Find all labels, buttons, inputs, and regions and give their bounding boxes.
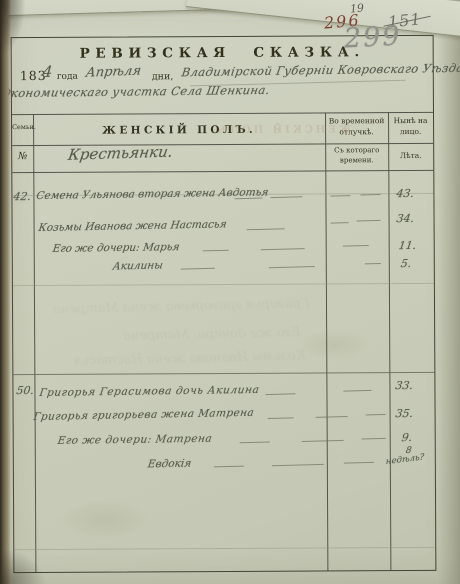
revision-table: РЕВИЗСКАЯ СКАЗКА. 183 4 года Апрѣля дни,… — [11, 35, 437, 573]
age-value: 33. — [395, 379, 414, 392]
filler-dash — [214, 466, 244, 468]
bleedthrough-writing: Григорья григорьева жена Матрена — [53, 296, 310, 317]
filler-dash — [240, 441, 270, 443]
filler-dash — [343, 390, 371, 392]
header-top-rule — [12, 112, 433, 115]
family-number: 50. — [16, 384, 35, 397]
bleedthrough-writing: Козьмы Иванова жена Настасья — [73, 349, 306, 369]
family-number: 42. — [13, 190, 32, 203]
locality-handwritten: Экономическаго участка Села Шенкина. — [1, 83, 271, 100]
filler-dash — [265, 393, 295, 395]
census-entry-name: Его же дочери: Марья — [52, 241, 181, 255]
filler-dash — [181, 268, 215, 270]
filler-dash — [269, 266, 315, 268]
header-family: Семьи. — [12, 123, 33, 131]
filler-dash — [365, 263, 381, 264]
header-absence: Во временной отлучкѣ. — [327, 116, 386, 138]
row-rule — [13, 283, 434, 286]
filler-dash — [203, 250, 229, 252]
filler-dash — [360, 194, 380, 196]
census-entry-name: Семена Ульянова вторая жена Авдотья — [36, 186, 270, 202]
filler-dash — [357, 220, 381, 222]
section-rule — [13, 372, 434, 375]
folio-pencil-number: 299 — [343, 21, 402, 55]
year-handwritten: 4 — [42, 62, 53, 81]
bottom-shadow — [0, 548, 46, 584]
filler-dash — [261, 248, 305, 250]
corner-shadow — [0, 0, 26, 56]
age-note: недѣль? — [386, 452, 425, 467]
filler-dash — [272, 464, 324, 466]
census-entry-name: Козьмы Иванова жена Настасья — [38, 218, 228, 234]
month-handwritten: Апрѣля — [85, 64, 142, 81]
filler-dash — [362, 438, 386, 440]
column-rule-present — [388, 112, 391, 570]
header-family-no: № — [12, 151, 33, 162]
age-value: 35. — [395, 407, 414, 420]
province-handwritten: Владимірской Губерніи Ковровскаго Уѣзда — [181, 61, 460, 79]
bleedthrough-writing: Его же дочери: Матрена — [123, 325, 301, 344]
age-value: 34. — [396, 212, 415, 225]
document-scan: РЕВИЗСКАЯ СКАЗКА. 183 4 года Апрѣля дни,… — [0, 0, 460, 584]
filler-dash — [268, 417, 294, 419]
age-value: 43. — [396, 187, 415, 200]
year-word: года — [57, 72, 78, 82]
filler-dash — [330, 195, 350, 197]
binding-edge — [0, 0, 11, 584]
header-bottom-rule — [12, 170, 433, 173]
filler-dash — [316, 416, 348, 418]
census-entry-name: Григорья Герасимова дочь Акилина — [39, 384, 261, 399]
filler-dash — [366, 414, 386, 416]
filler-dash — [270, 196, 302, 198]
header-present-years: Лѣта. — [390, 151, 431, 160]
filler-dash — [302, 440, 344, 442]
census-entry-name: Евдокія — [147, 457, 192, 470]
day-word: дни, — [152, 71, 174, 82]
filler-dash — [344, 462, 374, 464]
census-entry-name: Акилины — [112, 259, 164, 272]
age-value: 11. — [398, 239, 417, 252]
row-rule — [14, 547, 435, 550]
filler-dash — [343, 245, 369, 247]
column-rule-absence — [325, 112, 328, 570]
filler-dash — [234, 198, 262, 200]
census-entry-name: Его же дочери: Матрена — [57, 433, 213, 447]
age-value: 9. — [401, 431, 413, 444]
column-rule-family — [33, 114, 36, 572]
header-absence-since: Съ котораго времени. — [327, 146, 386, 166]
age-value: 5. — [400, 257, 412, 270]
page-edge-shadow — [438, 0, 460, 584]
estate-handwritten: Крестьянки. — [67, 143, 174, 164]
filler-dash — [247, 228, 285, 230]
header-present: Нынѣ на лицо. — [390, 116, 431, 138]
census-entry-name: Григорья григорьева жена Матрена — [33, 407, 255, 423]
filler-dash — [331, 222, 349, 223]
